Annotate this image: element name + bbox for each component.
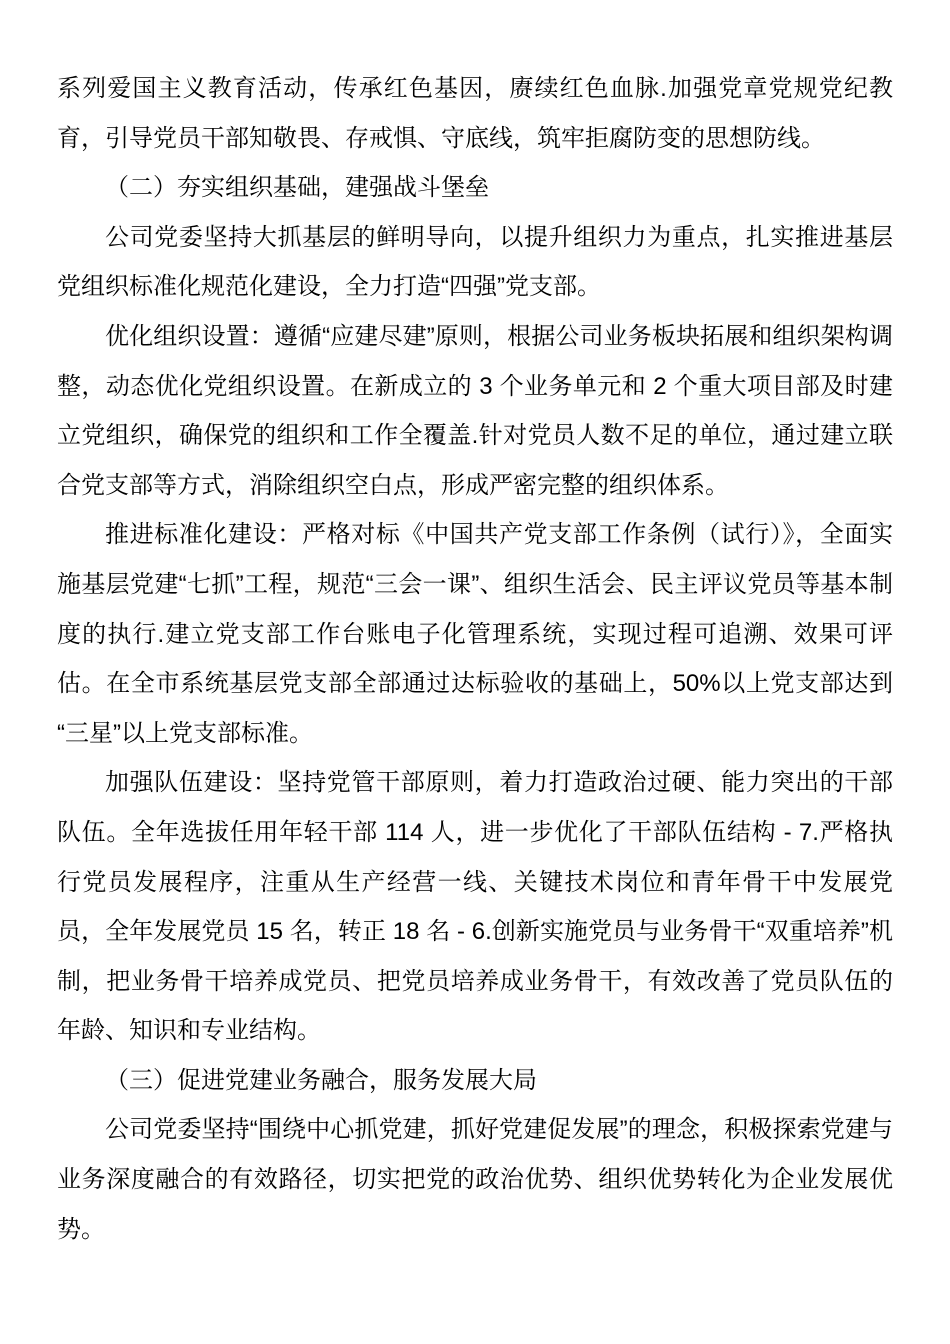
paragraph-body: 公司党委坚持“围绕中心抓党建，抓好党建促发展”的理念，积极探索党建与业务深度融合…	[57, 1105, 893, 1254]
section-heading-3: （三）促进党建业务融合，服务发展大局	[57, 1056, 893, 1106]
paragraph-body: 公司党委坚持大抓基层的鲜明导向，以提升组织力为重点，扎实推进基层党组织标准化规范…	[57, 213, 893, 312]
paragraph-body: 优化组织设置：遵循“应建尽建”原则，根据公司业务板块拓展和组织架构调整，动态优化…	[57, 312, 893, 510]
paragraph-body: 推进标准化建设：严格对标《中国共产党支部工作条例（试行）》，全面实施基层党建“七…	[57, 510, 893, 758]
paragraph-continuation: 系列爱国主义教育活动，传承红色基因，赓续红色血脉.加强党章党规党纪教育，引导党员…	[57, 64, 893, 163]
paragraph-body: 加强队伍建设：坚持党管干部原则，着力打造政治过硬、能力突出的干部队伍。全年选拔任…	[57, 758, 893, 1056]
section-heading-2: （二）夯实组织基础，建强战斗堡垒	[57, 163, 893, 213]
document-page: 系列爱国主义教育活动，传承红色基因，赓续红色血脉.加强党章党规党纪教育，引导党员…	[0, 0, 950, 1344]
